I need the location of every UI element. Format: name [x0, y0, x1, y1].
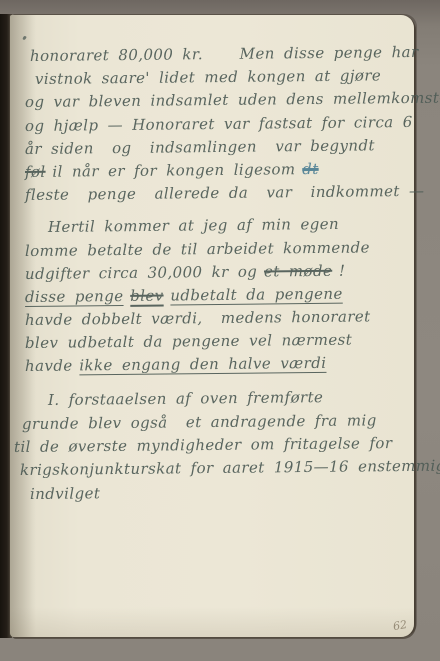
handwriting-line: udgifter circa 30,000 kr oget møde!	[25, 261, 346, 284]
struck-word: et møde	[264, 261, 332, 282]
handwriting-line: år siden og indsamlingen var begyndt	[25, 135, 375, 159]
handwriting-segment: honoraret 80,000 kr. Men disse penge har	[30, 42, 419, 66]
page-number: 62	[392, 618, 408, 633]
handwriting-line: grunde blev også et andragende fra mig	[22, 410, 377, 434]
handwriting-line: blev udbetalt da pengene vel nærmest	[25, 330, 352, 353]
handwriting-segment: år siden og indsamlingen var begyndt	[25, 135, 375, 159]
handwriting-line: I. forstaaelsen af oven fremførte	[48, 387, 323, 410]
page-bottom-shade	[10, 607, 414, 637]
handwriting-segment: blev udbetalt da pengene vel nærmest	[25, 330, 352, 353]
handwriting-line: og var bleven indsamlet uden dens mellem…	[25, 88, 440, 112]
notebook-photo: honoraret 80,000 kr. Men disse penge har…	[0, 0, 440, 661]
handwriting-segment: krigskonjunkturskat for aaret 1915—16 en…	[20, 456, 440, 480]
handwriting-segment: fleste penge allerede da var indkommet —	[25, 181, 425, 205]
handwriting-segment: havde dobbelt værdi, medens honoraret	[25, 306, 371, 330]
handwriting-segment: !	[339, 261, 346, 281]
handwriting-line: Hertil kommer at jeg af min egen	[48, 214, 339, 237]
handwriting-line: og hjælp — Honoraret var fastsat for cir…	[25, 112, 413, 136]
underlined-segment: disse penge	[25, 286, 124, 307]
handwriting-line: havde dobbelt værdi, medens honoraret	[25, 306, 371, 330]
underlined-segment: udbetalt da pengene	[170, 284, 343, 306]
handwriting-line: til de øverste myndigheder om fritagelse…	[14, 433, 393, 457]
handwriting-line: honoraret 80,000 kr. Men disse penge har	[30, 42, 419, 66]
handwriting-segment: I. forstaaelsen af oven fremførte	[48, 387, 323, 410]
teal-struck-word: dt	[302, 159, 319, 179]
handwriting-segment: udgifter circa 30,000 kr og	[25, 262, 257, 284]
underlined-segment: ikke engang den halve værdi	[79, 353, 326, 376]
handwriting-line: havdeikke engang den halve værdi	[25, 353, 327, 376]
handwriting-line: følil når er for kongen ligesomdt	[25, 159, 319, 182]
handwriting-segment: og var bleven indsamlet uden dens mellem…	[25, 88, 440, 112]
ink-speck	[22, 36, 26, 41]
handwriting-line: disse pengeblevudbetalt da pengene	[25, 284, 343, 307]
handwriting-segment: grunde blev også et andragende fra mig	[22, 410, 377, 434]
handwriting-segment: il når er for kongen ligesom	[52, 159, 295, 182]
handwriting-line: vistnok saare' lidet med kongen at gjøre	[35, 65, 381, 89]
handwriting-line: indvilget	[30, 483, 100, 504]
handwriting-line: fleste penge allerede da var indkommet —	[25, 181, 425, 205]
handwriting-segment: og hjælp — Honoraret var fastsat for cir…	[25, 112, 413, 136]
handwriting-segment: havde	[25, 356, 73, 376]
handwriting-segment: til de øverste myndigheder om fritagelse…	[14, 433, 393, 457]
struck-word: blev	[130, 286, 164, 306]
handwriting-line: lomme betalte de til arbeidet kommende	[25, 237, 370, 261]
handwriting-segment: Hertil kommer at jeg af min egen	[48, 214, 339, 237]
handwriting-segment: lomme betalte de til arbeidet kommende	[25, 237, 370, 261]
handwriting-segment: indvilget	[30, 483, 100, 504]
handwriting-segment: vistnok saare' lidet med kongen at gjøre	[35, 65, 381, 89]
notebook-page: honoraret 80,000 kr. Men disse penge har…	[10, 15, 414, 637]
handwriting-line: krigskonjunkturskat for aaret 1915—16 en…	[20, 456, 440, 480]
struck-word: føl	[25, 162, 46, 182]
